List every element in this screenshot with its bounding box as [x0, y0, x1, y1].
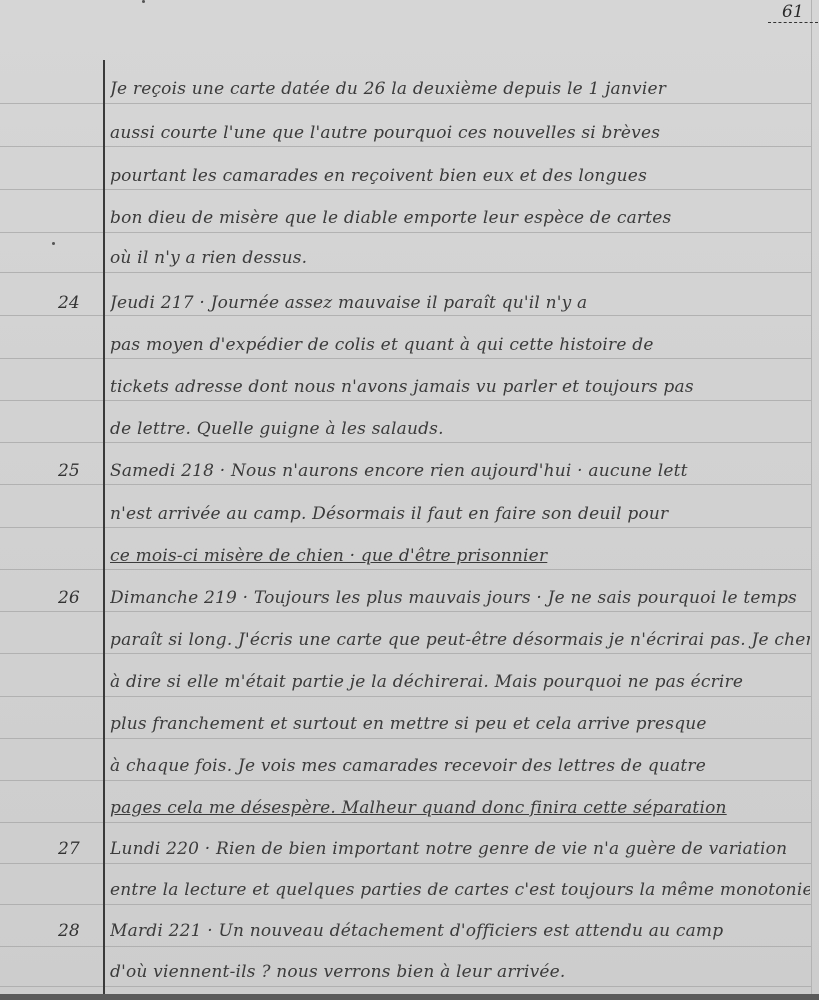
entry-line: d'où viennent-ils ? nous verrons bien à …	[110, 955, 810, 989]
right-margin-line	[811, 0, 812, 996]
entry-line: tickets adresse dont nous n'avons jamais…	[110, 370, 810, 404]
entry-line: plus franchement et surtout en mettre si…	[110, 707, 810, 741]
entry-line: Je reçois une carte datée du 26 la deuxi…	[110, 72, 810, 106]
entry-line: Lundi 220 · Rien de bien important notre…	[110, 832, 810, 866]
entry-line: Samedi 218 · Nous n'aurons encore rien a…	[110, 454, 810, 488]
entry-line: Jeudi 217 · Journée assez mauvaise il pa…	[110, 286, 810, 320]
ink-speck	[52, 242, 55, 245]
day-number: 27	[58, 832, 102, 866]
entry-line: bon dieu de misère que le diable emporte…	[110, 201, 810, 235]
entry-line: pages cela me désespère. Malheur quand d…	[110, 791, 810, 825]
entry-line: de lettre. Quelle guigne à les salauds.	[110, 412, 810, 446]
entry-line: n'est arrivée au camp. Désormais il faut…	[110, 497, 810, 531]
entry-line: entre la lecture et quelques parties de …	[110, 873, 810, 907]
entry-line: Mardi 221 · Un nouveau détachement d'off…	[110, 914, 810, 948]
entry-line: pas moyen d'expédier de colis et quant à…	[110, 328, 810, 362]
page-bottom-edge	[0, 994, 819, 1000]
day-number: 25	[58, 454, 102, 488]
diary-page: 61 Je reçois une carte datée du 26 la de…	[0, 0, 819, 996]
left-margin-line	[103, 60, 105, 996]
page-number-underline	[768, 22, 818, 23]
entry-line: à dire si elle m'était partie je la déch…	[110, 665, 810, 699]
ink-speck	[142, 0, 145, 3]
entry-line: pourtant les camarades en reçoivent bien…	[110, 159, 810, 193]
entry-line: Dimanche 219 · Toujours les plus mauvais…	[110, 581, 810, 615]
entry-line: ce mois-ci misère de chien · que d'être …	[110, 539, 810, 573]
day-number: 26	[58, 581, 102, 615]
day-number: 24	[58, 286, 102, 320]
entry-line: paraît si long. J'écris une carte que pe…	[110, 623, 810, 657]
page-number: 61	[782, 2, 804, 22]
day-number: 28	[58, 914, 102, 948]
entry-line: où il n'y a rien dessus.	[110, 241, 810, 275]
entry-line: aussi courte l'une que l'autre pourquoi …	[110, 116, 810, 150]
entry-line: à chaque fois. Je vois mes camarades rec…	[110, 749, 810, 783]
